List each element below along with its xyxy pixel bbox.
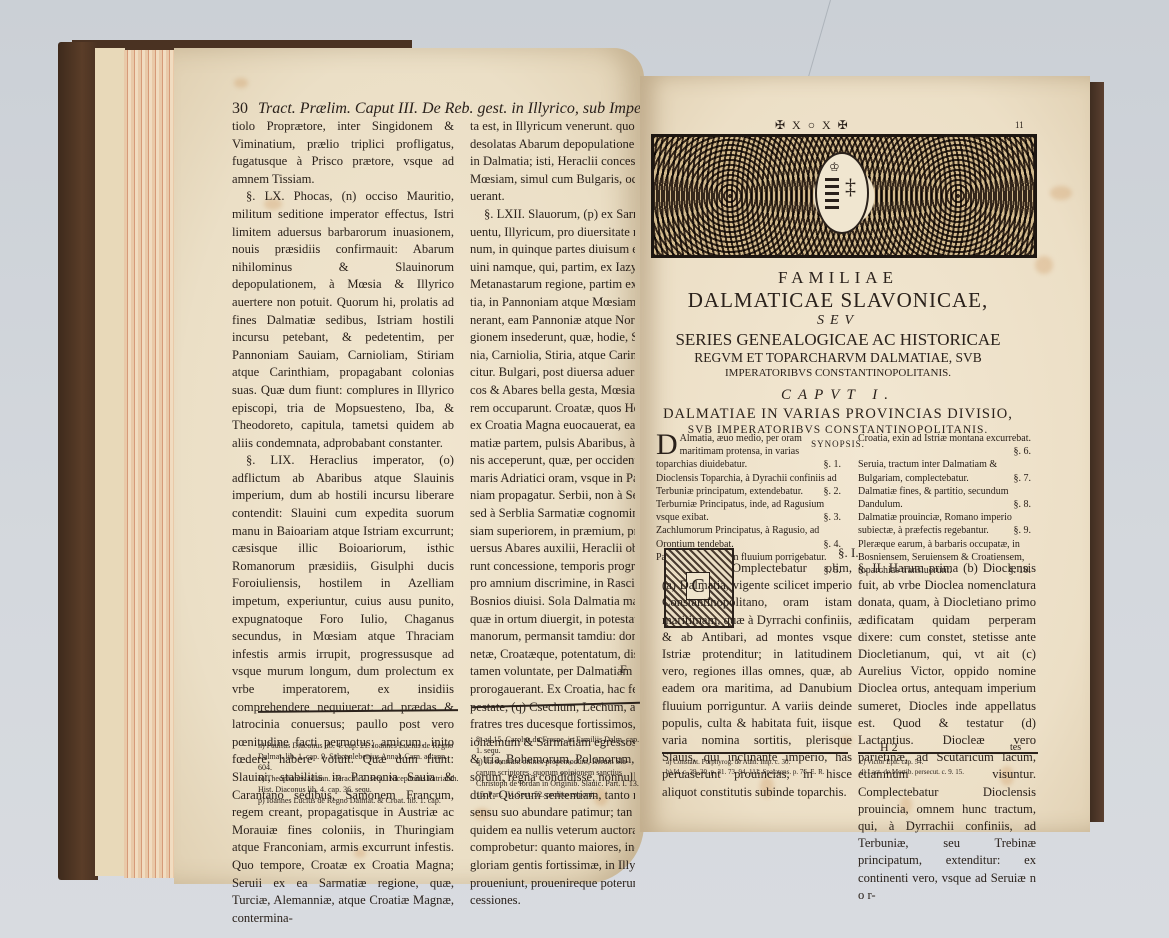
crown-icon: ♔ [829,160,840,175]
title-line-6: IMPERATORIBVS CONSTANTINOPOLITANIS. [648,366,1028,380]
title-line-5: REGVM ET TOPARCHARVM DALMATIAE, SVB [648,350,1028,366]
footnote: p) Ioannes Lucius de Regno Dalmat. & Cro… [258,795,462,806]
text-line: sed à Serblia Sarmatiæ cognominati, M [470,505,635,523]
paragraph: tiolo Proprætore, inter Singidonem & Vim… [232,118,454,188]
footnote: d) Lact. de Mortib. persecut. c. 9. 15. [860,767,1036,777]
right-page-column-b: §. II. Harum prima (b) Dioclensis fuit, … [858,560,1036,904]
text-line: in Dalmatia; isti, Heraclii concessione [470,153,635,171]
double-cross-icon: ‡ [845,176,856,198]
synopsis-item: Terburniæ Principatus, inde, ad Ragusium… [656,498,841,524]
text-line: §. LXII. Slauorum, (p) ex Sarmatia a [470,206,635,224]
synopsis-item: DAlmatia, æuo medio, per oram maritimam … [656,432,841,472]
paragraph-section-ii: §. II. Harum prima (b) Dioclensis fuit, … [858,560,1036,904]
text-line: maris Adriatici oram, vsque in Pann [470,470,635,488]
section-mark: §. I. [838,545,859,561]
text-line: prorogauerant. Ex Croatia, hac fere te [470,681,635,699]
running-head-text: Tract. Prælim. Caput III. De Reb. gest. … [258,100,664,117]
synopsis-item: Dioclensis Toparchia, à Dyrachii confini… [656,472,841,498]
drop-cap: D [656,432,678,458]
text-line: comprobetur: quanto maiores, inde [470,839,635,857]
title-line-3: SEV [648,312,1028,330]
coat-of-arms-icon: ♔ ‡ [815,152,869,234]
text-line: ta est, in Illyricum venerunt. quorum il [470,118,635,136]
text-line: tia, in Pannoniam atque Mœsiam, adu [470,294,635,312]
text-line: ex Croatia Magna euocauerat, eam D [470,417,635,435]
text-line: Metanastarum regione, partim ex Sarm [470,276,635,294]
catchword-left: F [620,662,627,677]
text-line: fratres tres ducesque fortissimos, in B [470,716,635,734]
chapter-heading: CAPVT I. [648,384,1028,406]
text-line: uersus Abares auxilii, Heraclii obtin [470,540,635,558]
book-cover-left [58,42,98,880]
text-line: quæ in ortum diuergit, in potestate R [470,611,635,629]
text-line: gionem insederunt, quæ, hodie, Sla [470,329,635,347]
text-line: uentu, Illyricum, pro diuersitate natio [470,224,635,242]
top-ornament: ✠ X ○ X ✠ [775,118,850,133]
chapter-subtitle-1: DALMATIAE IN VARIAS PROVINCIAS DIVISIO, [648,406,1028,423]
text-line: quidem ea nullis veterum auctoramen [470,822,635,840]
footnote: c) Victor Epit. cap. 54. [860,757,1036,767]
footnote: a) Constant. Porphyrog. de Adm. Imp. c. … [666,757,856,767]
title-line-4: SERIES GENEALOGICAE AC HISTORICAE [648,330,1028,350]
footnote: q) Ita sentiunt omnes propemodum, Rerum … [476,756,640,800]
red-sprinkled-page-edges [124,50,176,878]
text-line: desolatas Abarum depopulatione terra [470,136,635,154]
text-line: runt concessione, temporis progre [470,558,635,576]
paragraph-section-lix: §. LIX. Heraclius imperator, (o) adflict… [232,452,454,927]
footnotes-right-b: c) Victor Epit. cap. 54. d) Lact. de Mor… [860,757,1036,777]
synopsis-item: Croatia, exin ad Istriæ montana excurreb… [858,432,1031,445]
footnote-rule [662,752,848,754]
synopsis-column-b: Croatia, exin ad Istriæ montana excurreb… [858,432,1031,577]
chapter-title-block: FAMILIAE DALMATICAE SLAVONICAE, SEV SERI… [648,268,1028,451]
footnotes-left-b: 8. ad 15. Carolus du Fresne, in Familiis… [476,734,640,800]
text-line: niam propagatur. Serbii, non à Seru [470,487,635,505]
footnote-rule [858,752,1038,754]
striped-shield-icon [825,178,839,212]
synopsis-item: Dalmatiæ prouinciæ, Romano imperio subie… [858,511,1031,537]
text-line: cos & Abares bella gesta, Mœsiam infe [470,382,635,400]
page-number: 30 [232,100,248,117]
footnotes-left-a: n) Paullus Diaconus lib. 4. cap. 21. Ioa… [258,740,462,806]
text-line: siam superiorem, in præmium, præsti [470,523,635,541]
text-line: Bosnios diuisi. Sola Dalmatia maritim [470,593,635,611]
text-line: manorum, permansit tamdiu: donec V [470,628,635,646]
text-line: gloriam gentis fortissimæ, in Illyric [470,857,635,875]
text-line: cessiones. [470,892,635,910]
book-cover-right [1088,82,1104,822]
paragraph-section-lx: §. LX. Phocas, (n) occiso Mauritio, mili… [232,188,454,452]
title-line-2: DALMATICAE SLAVONICAE, [648,288,1028,312]
text-line: sensu suo abundare patimur; tan [470,804,635,822]
text-line: nia, Carniolia, Stiria, atque Carinthia,… [470,347,635,365]
text-line: nis acceperunt, quæ, per occidental [470,452,635,470]
footnote: 8. ad 15. Carolus du Fresne, in Familiis… [476,734,640,756]
text-line: proueniunt, prouenireque poterunt, a [470,875,635,893]
text-line: matiæ partem, pulsis Abaribus, à Ron [470,435,635,453]
text-line: uini namque, qui, partim, ex Iazyg [470,259,635,277]
synopsis-item: Dalmatiæ fines, & partitio, secundum Dan… [858,485,1031,511]
footnote: n) Paullus Diaconus lib. 4. cap. 21. Ioa… [258,740,462,773]
text-line: tamen voluntate, per Dalmatiam n [470,663,635,681]
page-block-left [95,48,125,876]
text-line: uerant. [470,188,635,206]
running-head-left: 30 Tract. Prælim. Caput III. De Reb. ges… [232,100,644,118]
footnotes-right-a: a) Constant. Porphyrog. de Adm. Imp. c. … [666,757,856,777]
synopsis-item: Zachlumorum Principatus, à Ragusio, ad O… [656,524,841,550]
text-line: rem occuparunt. Croatæ, quos Heracli [470,400,635,418]
text-line: netæ, Croatæque, potentatum, disp [470,646,635,664]
page-corner-number: 11 [1015,120,1024,130]
text-line: Mœsiam, simul cum Bulgaris, occup [470,171,635,189]
text-line: pro amnium discrimine, in Rascios at [470,575,635,593]
title-line-1: FAMILIAE [648,268,1028,288]
synopsis-item: Seruia, tractum inter Dalmatiam & Bulgar… [858,458,1031,484]
text-line: num, in quinque partes diuisum est. Sl [470,241,635,259]
footnote: b) Id. c. 29. 30. p. 31. 73. 94. 111. Sp… [666,767,856,777]
footnote: o) Theophanes ad ann. Heraclii. 2. sequ.… [258,773,462,795]
text-line: citur. Bulgari, post diuersa aduersus Gr [470,364,635,382]
text-line: nerant, eam Pannoniæ atque Norici r [470,312,635,330]
